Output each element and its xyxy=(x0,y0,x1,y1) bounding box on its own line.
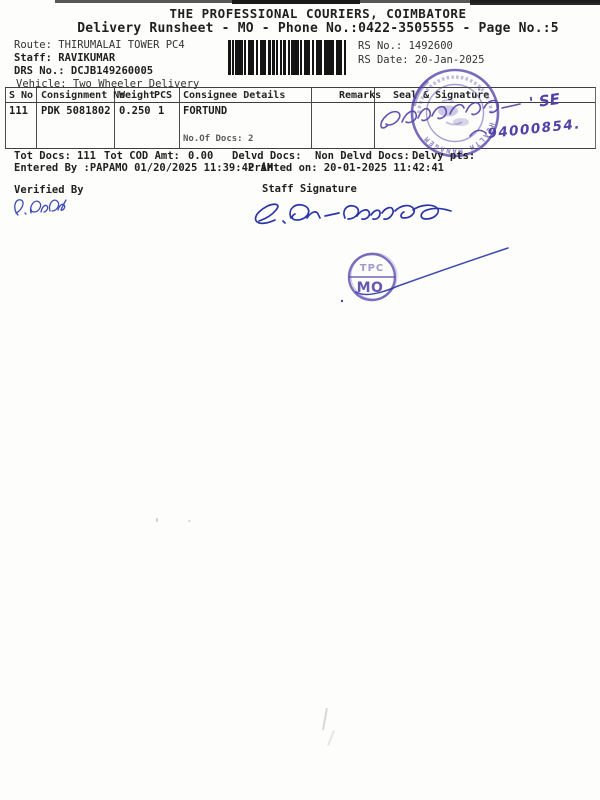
column-header-weight: Weight xyxy=(119,90,155,101)
scan-faint-mark xyxy=(322,708,327,730)
runsheet-title: Delivery Runsheet - MO - Phone No.:0422-… xyxy=(36,21,600,36)
table-divider xyxy=(179,88,180,148)
scan-speck xyxy=(156,518,158,522)
column-header-s-no: S No xyxy=(9,90,33,101)
printed-on-line: Printed on: 20-01-2025 11:42:41 xyxy=(248,162,444,174)
verified-signature-stroke xyxy=(50,200,59,211)
row-docs-note: No.Of Docs: 2 xyxy=(183,134,253,144)
receiver-signature-underline xyxy=(502,104,520,108)
tot-docs-label: Tot Docs: xyxy=(14,150,71,162)
scan-faint-mark xyxy=(327,730,334,745)
staff-value: RAVIKUMAR xyxy=(58,52,115,64)
staff-signature-stroke xyxy=(290,205,309,220)
delvd-docs-label: Delvd Docs: xyxy=(232,150,302,162)
verified-signature-stroke xyxy=(31,201,41,213)
staff-signature xyxy=(245,194,455,232)
rs-date-line: RS Date: 20-Jan-2025 xyxy=(358,54,484,66)
staff-line: Staff: RAVIKUMAR xyxy=(14,52,115,64)
delivery-runsheet-document: THE PROFESSIONAL COURIERS, COIMBATORE De… xyxy=(0,0,600,800)
drs-value: DCJB149260005 xyxy=(71,65,153,77)
tot-cod-value: 0.00 xyxy=(188,150,213,162)
verified-signature-stroke xyxy=(41,205,48,212)
verified-by-signature xyxy=(8,193,70,223)
receiver-signature-stroke xyxy=(450,105,464,114)
route-value: THIRUMALAI TOWER PC4 xyxy=(58,39,184,51)
drs-line: DRS No.: DCJB149260005 xyxy=(14,65,153,77)
row-pcs: 1 xyxy=(158,105,164,117)
mo-stamp: TPC MO xyxy=(336,240,516,310)
receiver-signature-stroke xyxy=(432,107,446,119)
scan-artifact-dark-patch-2 xyxy=(470,0,600,5)
runsheet-barcode xyxy=(228,40,346,75)
row-weight: 0.250 xyxy=(119,105,151,117)
route-line: Route: THIRUMALAI TOWER PC4 xyxy=(14,39,185,51)
column-header-consignment-no: Consignment No xyxy=(41,90,125,101)
rs-no-value: 1492600 xyxy=(409,40,453,52)
rs-date-label: RS Date: xyxy=(358,54,409,66)
row-consignment-no: PDK 5081802 xyxy=(41,105,111,117)
staff-signature-stroke xyxy=(325,213,339,216)
staff-signature-stroke xyxy=(256,204,278,223)
verified-signature-stroke xyxy=(25,213,26,214)
entered-by-line: Entered By :PAPAMO 01/20/2025 11:39:42 A… xyxy=(14,162,273,174)
company-name: THE PROFESSIONAL COURIERS, COIMBATORE xyxy=(36,6,600,21)
verified-signature-stroke xyxy=(15,200,23,215)
staff-signature-stroke xyxy=(371,210,380,219)
row-consignee: FORTUND xyxy=(183,105,227,117)
rs-no-label: RS No.: xyxy=(358,40,402,52)
staff-signature-stroke xyxy=(413,205,451,219)
staff-signature-stroke xyxy=(344,206,359,219)
mo-stamp-top-text: TPC xyxy=(360,263,385,274)
staff-label: Staff: xyxy=(14,52,52,64)
rs-no-line: RS No.: 1492600 xyxy=(358,40,453,52)
staff-signature-stroke xyxy=(395,206,414,218)
staff-signature-stroke xyxy=(283,221,285,223)
receiver-signature-stroke xyxy=(466,103,480,115)
tot-cod-label: Tot COD Amt: xyxy=(104,150,180,162)
receiver-signature-stroke xyxy=(381,112,400,128)
rs-date-value: 20-Jan-2025 xyxy=(415,54,485,66)
column-header-pcs: PCS xyxy=(154,90,172,101)
scan-speck xyxy=(188,520,191,522)
non-delvd-docs-label: Non Delvd Docs: xyxy=(315,150,410,162)
scan-artifact-dark-patch-1 xyxy=(232,0,360,4)
tot-docs-value: 111 xyxy=(77,150,96,162)
table-divider xyxy=(36,88,37,148)
route-label: Route: xyxy=(14,39,52,51)
table-divider xyxy=(311,88,312,148)
receiver-phone-number: 94000854. xyxy=(487,116,582,142)
row-s-no: 111 xyxy=(9,105,28,117)
ink-dot xyxy=(341,300,343,302)
receiver-signature-stroke xyxy=(470,130,486,136)
receiver-signature-stroke xyxy=(402,111,416,122)
receiver-designation-text: ' SE xyxy=(528,90,562,112)
column-header-consignee-details: Consignee Details xyxy=(183,90,285,101)
staff-signature-stroke xyxy=(382,208,393,220)
delvy-pts-label: Delvy pts: xyxy=(412,150,475,162)
receiver-signature-stroke xyxy=(418,109,430,121)
drs-label: DRS No.: xyxy=(14,65,65,77)
receiver-signature: ' SE 94000854. xyxy=(370,78,600,160)
receiver-signature-stroke xyxy=(484,101,498,113)
